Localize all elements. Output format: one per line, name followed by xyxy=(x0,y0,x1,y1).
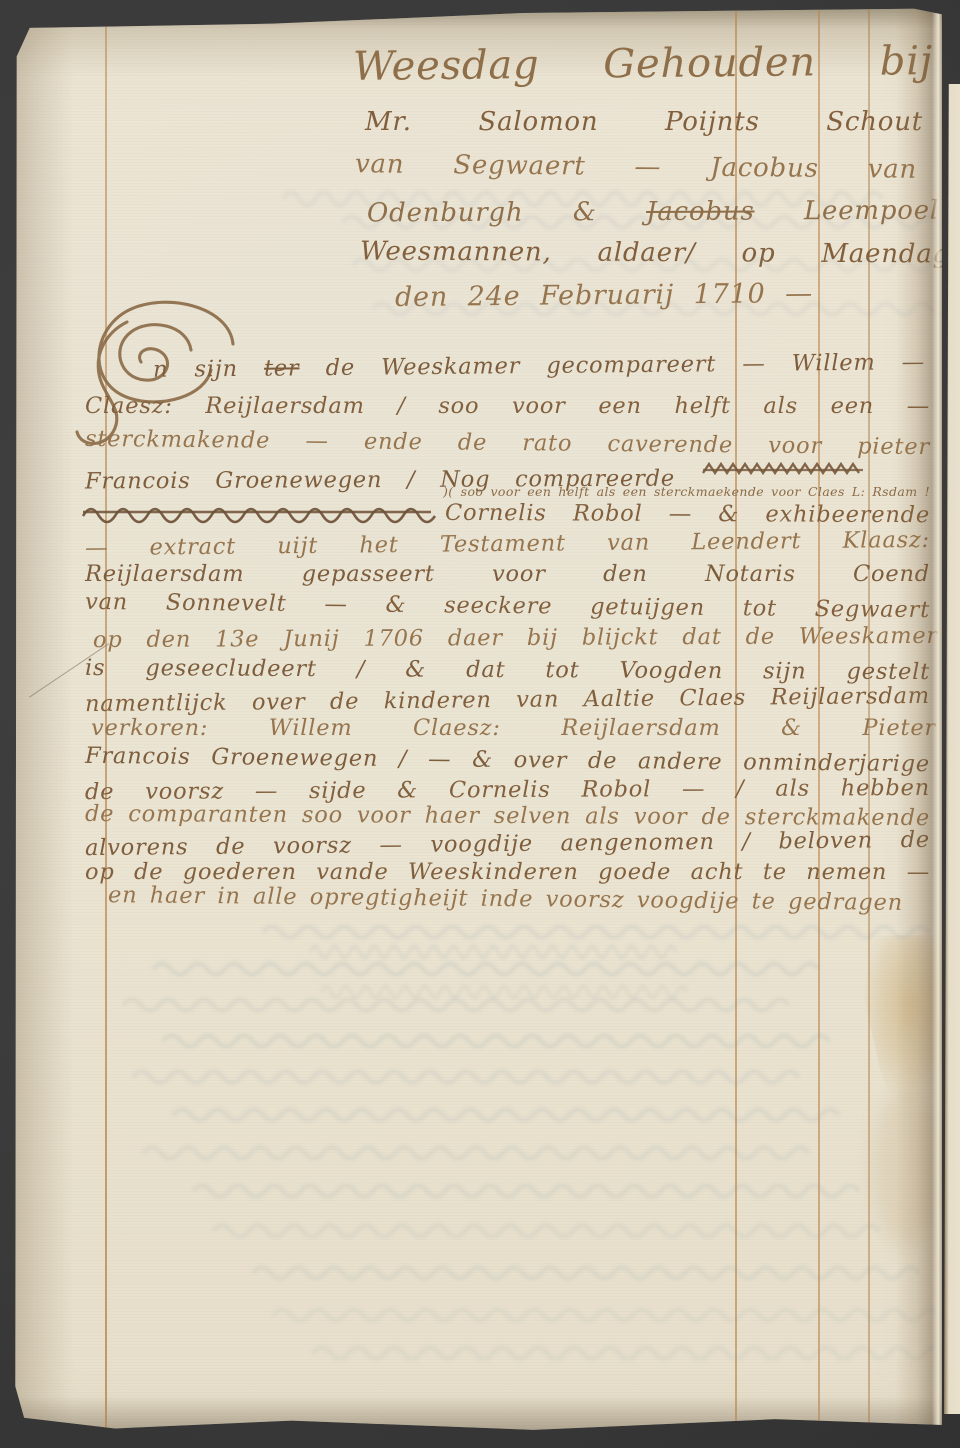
handwritten-text: namentlijck over de kinderen van Aaltie … xyxy=(85,683,930,717)
handwritten-text: Reijlaersdam gepasseert voor den Notaris… xyxy=(85,561,930,587)
scratched-out-text-1 xyxy=(701,459,869,481)
handwritten-text: n sijn xyxy=(153,356,264,383)
body-line-9: op den 13e Junij 1706 daer bij blijckt d… xyxy=(93,622,938,655)
struck-text: Jacobus xyxy=(646,197,755,228)
backdrop: { "document": { "kind": "handwritten-arc… xyxy=(0,0,960,1448)
handwritten-text: den 24e Februarij 1710 — xyxy=(395,278,813,313)
handwritten-text: verkoren: Willem Claesz: Reijlaersdam & … xyxy=(91,715,936,741)
handwritten-text: Francois Groenewegen / — & over de ander… xyxy=(85,743,930,777)
handwritten-text: Mr. Salomon Poijnts Schout xyxy=(365,107,923,137)
handwritten-text: van Segwaert — Jacobus van xyxy=(355,149,917,184)
next-page-edge xyxy=(944,84,960,1414)
body-line-7: Reijlaersdam gepasseert voor den Notaris… xyxy=(85,560,930,589)
handwritten-text: sterckmakende — ende de rato caverende v… xyxy=(85,426,930,460)
body-line-12: verkoren: Willem Claesz: Reijlaersdam & … xyxy=(91,714,936,743)
struck-text: ter xyxy=(264,355,300,381)
handwritten-text: alvorens de voorsz — voogdije aengenomen… xyxy=(85,827,930,861)
handwritten-text: op de goederen vande Weeskinderen goede … xyxy=(85,859,930,885)
manuscript-page: Weesdag Gehouden bij Mr. Salomon Poijnts… xyxy=(13,8,942,1432)
handwritten-text: Odenburgh & xyxy=(367,197,646,228)
body-line-2: Claesz: Reijlaersdam / soo voor een helf… xyxy=(85,392,930,421)
header-line-6: den 24e Februarij 1710 — xyxy=(395,276,813,315)
handwritten-text: Weesdag Gehouden bij xyxy=(353,38,933,90)
header-line-1: Weesdag Gehouden bij xyxy=(353,35,933,93)
handwritten-text: de Weeskamer gecompareert — Willem — xyxy=(326,349,926,381)
page-fold-edge xyxy=(896,8,942,1432)
handwritten-text: is geseecludeert / & dat tot Voogden sij… xyxy=(85,655,930,685)
handwritten-text: Claesz: Reijlaersdam / soo voor een helf… xyxy=(85,393,930,419)
header-line-4: Odenburgh & Jacobus Leempoel xyxy=(367,195,939,232)
header-line-3: van Segwaert — Jacobus van xyxy=(355,148,917,187)
handwritten-text: en haer in alle opregtigheijt inde voors… xyxy=(108,882,903,916)
handwritten-text: op den 13e Junij 1706 daer bij blijckt d… xyxy=(93,623,938,653)
handwritten-text: — extract uijt het Testament van Leender… xyxy=(85,527,930,561)
handwritten-text: Cornelis Robol — & exhibeerende xyxy=(445,500,930,528)
handwritten-text: van Sonnevelt — & seeckere getuijgen tot… xyxy=(85,589,930,623)
handwritten-text: Weesmannen, aldaer/ op Maendag xyxy=(360,237,950,270)
header-line-2: Mr. Salomon Poijnts Schout xyxy=(365,106,923,140)
header-line-5: Weesmannen, aldaer/ op Maendag xyxy=(360,236,950,273)
interlinear-insertion: )( soo voor een helft als een sterckmaek… xyxy=(443,484,930,499)
scratched-out-text-2 xyxy=(81,500,437,524)
